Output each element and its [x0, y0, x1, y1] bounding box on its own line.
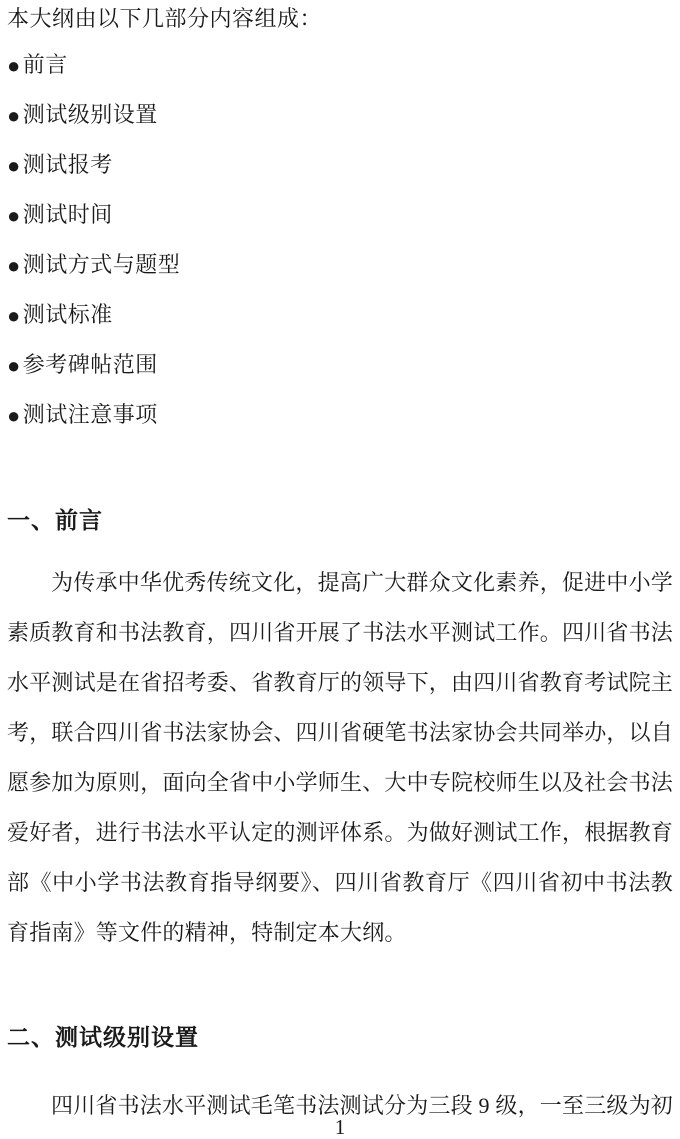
toc-item: ●测试方式与题型 — [7, 253, 673, 303]
toc-item-label: 测试方式与题型 — [23, 252, 181, 277]
bullet-icon: ● — [7, 54, 21, 78]
toc-item: ●测试时间 — [7, 203, 673, 253]
foreword-paragraph: 为传承中华优秀传统文化，提高广大群众文化素养，促进中小学素质教育和书法教育，四川… — [7, 558, 673, 958]
page-number: 1 — [0, 1116, 680, 1138]
toc-item-label: 测试标准 — [23, 302, 113, 327]
toc-item-label: 测试注意事项 — [23, 402, 158, 427]
toc-item: ●前言 — [7, 53, 673, 103]
toc-item: ●测试报考 — [7, 153, 673, 203]
bullet-icon: ● — [7, 254, 21, 278]
toc-item: ●测试标准 — [7, 303, 673, 353]
bullet-icon: ● — [7, 104, 21, 128]
toc-item-label: 测试报考 — [23, 152, 113, 177]
toc-item-label: 测试时间 — [23, 202, 113, 227]
toc-item-label: 参考碑帖范围 — [23, 352, 158, 377]
toc-item: ●测试注意事项 — [7, 403, 673, 453]
document-page: 本大纲由以下几部分内容组成： ●前言 ●测试级别设置 ●测试报考 ●测试时间 ●… — [0, 0, 680, 1139]
toc-item: ●参考碑帖范围 — [7, 353, 673, 403]
section-heading-levels: 二、测试级别设置 — [7, 1025, 673, 1051]
bullet-icon: ● — [7, 204, 21, 228]
toc-list: ●前言 ●测试级别设置 ●测试报考 ●测试时间 ●测试方式与题型 ●测试标准 ●… — [7, 53, 673, 453]
intro-line: 本大纲由以下几部分内容组成： — [7, 7, 673, 31]
section-heading-foreword: 一、前言 — [7, 508, 673, 534]
bullet-icon: ● — [7, 154, 21, 178]
bullet-icon: ● — [7, 404, 21, 428]
toc-item: ●测试级别设置 — [7, 103, 673, 153]
toc-item-label: 前言 — [23, 52, 68, 77]
toc-item-label: 测试级别设置 — [23, 102, 158, 127]
bullet-icon: ● — [7, 304, 21, 328]
bullet-icon: ● — [7, 354, 21, 378]
